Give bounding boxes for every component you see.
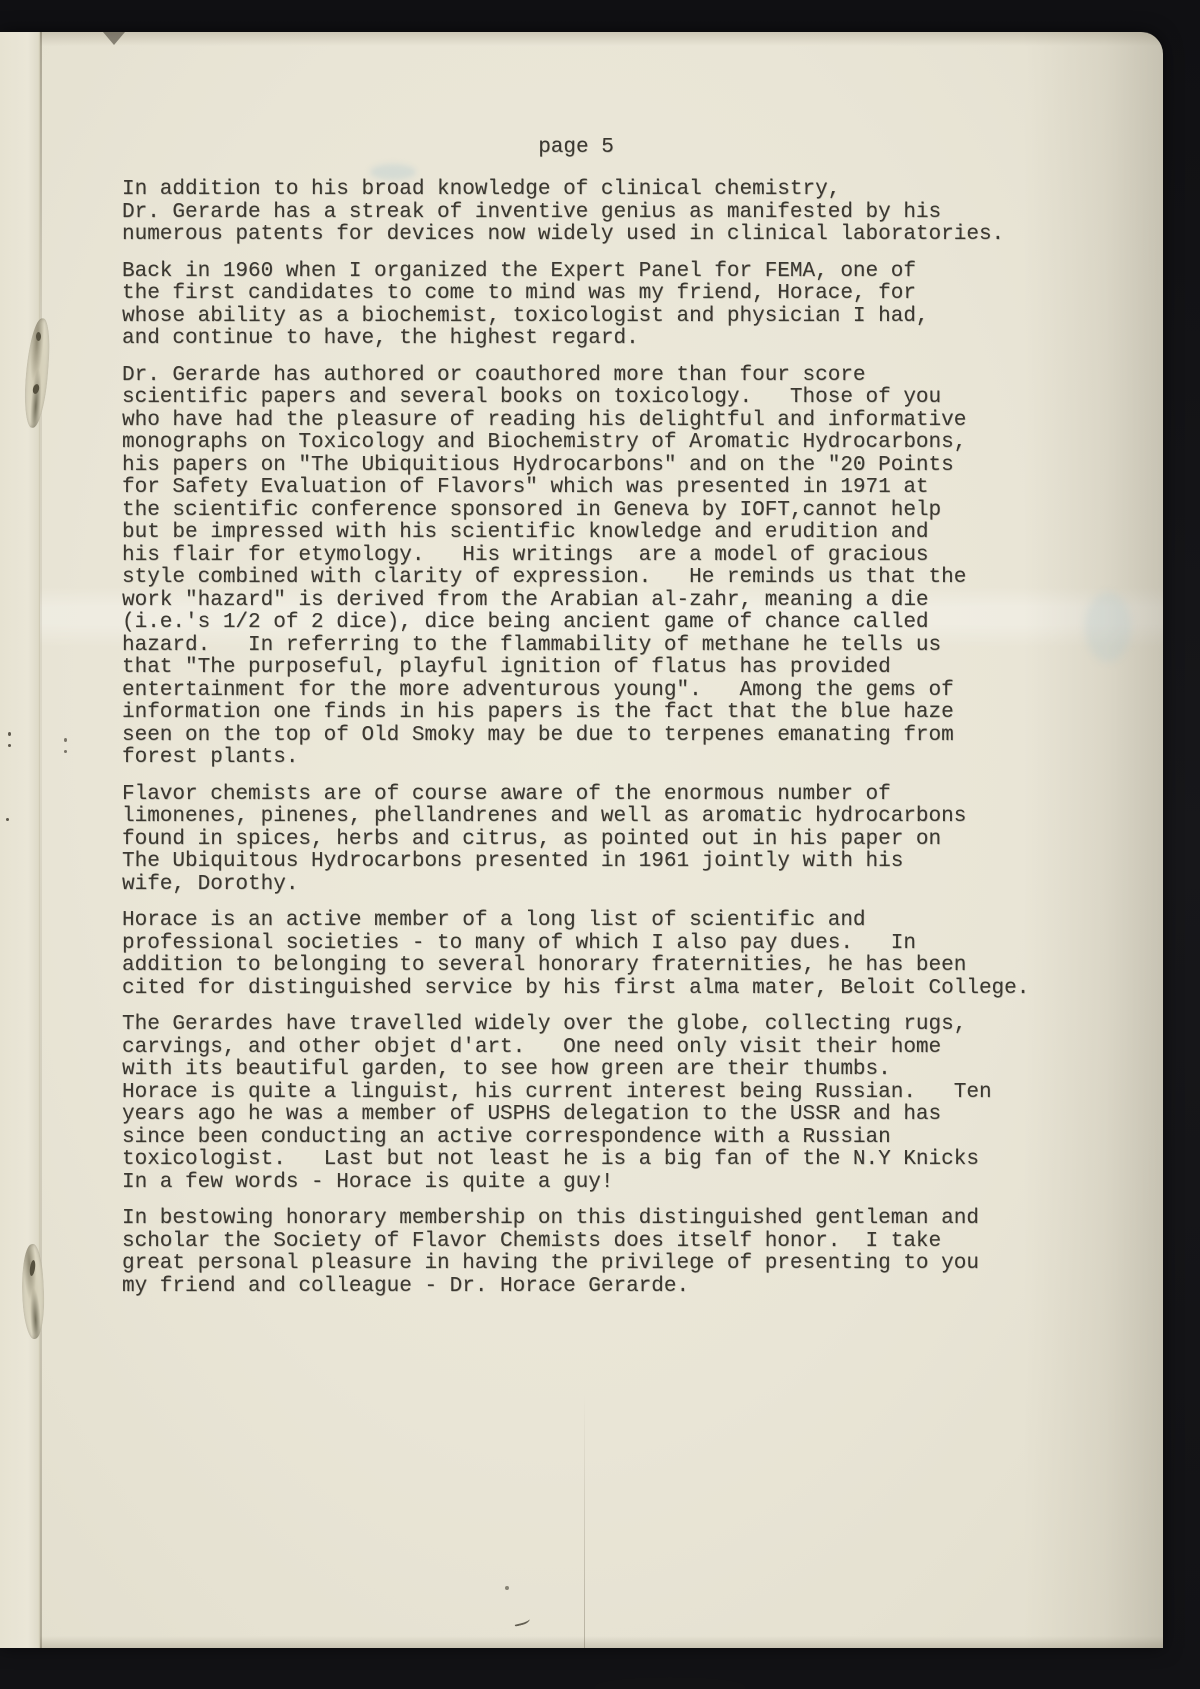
book-spine-shadow — [595, 1677, 745, 1689]
paragraph: Horace is an active member of a long lis… — [122, 910, 1082, 1000]
scanner-smudge — [1085, 592, 1131, 662]
ink-speck — [8, 732, 11, 736]
ink-speck — [8, 744, 11, 747]
text-line: style combined with clarity of expressio… — [122, 567, 1082, 590]
text-line: In a few words - Horace is quite a guy! — [122, 1172, 1082, 1195]
text-line: The Ubiquitous Hydrocarbons presented in… — [122, 851, 1082, 874]
text-line: scholar the Society of Flavor Chemists d… — [122, 1231, 1082, 1254]
ink-speck — [64, 738, 67, 742]
text-line: since been conducting an active correspo… — [122, 1127, 1082, 1150]
underlying-page-edge — [0, 32, 40, 1648]
text-line: numerous patents for devices now widely … — [122, 224, 1082, 247]
text-line: hazard. In referring to the flammability… — [122, 635, 1082, 658]
text-line: but be impressed with his scientific kno… — [122, 522, 1082, 545]
ink-speck — [505, 1586, 509, 1590]
document-body: In addition to his broad knowledge of cl… — [122, 179, 1082, 1298]
text-line: Horace is an active member of a long lis… — [122, 910, 1082, 933]
text-line: limonenes, pinenes, phellandrenes and we… — [122, 806, 1082, 829]
scanned-page-photo: page 5 In addition to his broad knowledg… — [0, 0, 1200, 1689]
text-line: In addition to his broad knowledge of cl… — [122, 179, 1082, 202]
text-line: entertainment for the more adventurous y… — [122, 680, 1082, 703]
text-line: his flair for etymology. His writings ar… — [122, 545, 1082, 568]
paragraph: In addition to his broad knowledge of cl… — [122, 179, 1082, 247]
ink-speck — [6, 818, 9, 821]
paragraph: Back in 1960 when I organized the Expert… — [122, 261, 1082, 351]
text-line: Back in 1960 when I organized the Expert… — [122, 261, 1082, 284]
ink-speck — [64, 750, 67, 753]
text-line: cited for distinguished service by his f… — [122, 978, 1082, 1001]
text-line: found in spices, herbs and citrus, as po… — [122, 829, 1082, 852]
bottom-crease — [584, 1393, 585, 1648]
text-line: addition to belonging to several honorar… — [122, 955, 1082, 978]
fold-crease — [40, 32, 42, 1648]
text-line: the scientific conference sponsored in G… — [122, 500, 1082, 523]
text-line: Dr. Gerarde has authored or coauthored m… — [122, 365, 1082, 388]
text-line: whose ability as a biochemist, toxicolog… — [122, 306, 1082, 329]
text-line: the first candidates to come to mind was… — [122, 283, 1082, 306]
text-line: Horace is quite a linguist, his current … — [122, 1082, 1082, 1105]
text-line: with its beautiful garden, to see how gr… — [122, 1059, 1082, 1082]
text-line: work "hazard" is derived from the Arabia… — [122, 590, 1082, 613]
top-fold-notch — [103, 32, 125, 45]
pencil-check-mark — [513, 1616, 530, 1627]
text-line: that "The purposeful, playful ignition o… — [122, 657, 1082, 680]
paragraph: In bestowing honorary membership on this… — [122, 1208, 1082, 1298]
text-line: The Gerardes have travelled widely over … — [122, 1014, 1082, 1037]
text-line: carvings, and other objet d'art. One nee… — [122, 1037, 1082, 1060]
paragraph: Dr. Gerarde has authored or coauthored m… — [122, 365, 1082, 770]
paragraph: Flavor chemists are of course aware of t… — [122, 784, 1082, 897]
text-line: (i.e.'s 1/2 of 2 dice), dice being ancie… — [122, 612, 1082, 635]
staple-hole — [36, 332, 41, 341]
text-line: who have had the pleasure of reading his… — [122, 410, 1082, 433]
text-line: my friend and colleague - Dr. Horace Ger… — [122, 1276, 1082, 1299]
text-line: monographs on Toxicology and Biochemistr… — [122, 432, 1082, 455]
page-number: page 5 — [122, 136, 1030, 160]
text-line: information one finds in his papers is t… — [122, 702, 1082, 725]
document-page: page 5 In addition to his broad knowledg… — [0, 32, 1163, 1648]
text-line: wife, Dorothy. — [122, 874, 1082, 897]
text-line: years ago he was a member of USPHS deleg… — [122, 1104, 1082, 1127]
paragraph: The Gerardes have travelled widely over … — [122, 1014, 1082, 1194]
text-line: for Safety Evaluation of Flavors" which … — [122, 477, 1082, 500]
text-line: Flavor chemists are of course aware of t… — [122, 784, 1082, 807]
text-line: scientific papers and several books on t… — [122, 387, 1082, 410]
text-line: seen on the top of Old Smoky may be due … — [122, 725, 1082, 748]
text-line: forest plants. — [122, 747, 1082, 770]
text-line: his papers on "The Ubiquitious Hydrocarb… — [122, 455, 1082, 478]
text-line: professional societies - to many of whic… — [122, 933, 1082, 956]
text-line: and continue to have, the highest regard… — [122, 328, 1082, 351]
text-line: toxicologist. Last but not least he is a… — [122, 1149, 1082, 1172]
text-line: Dr. Gerarde has a streak of inventive ge… — [122, 202, 1082, 225]
text-line: great personal pleasure in having the pr… — [122, 1253, 1082, 1276]
text-line: In bestowing honorary membership on this… — [122, 1208, 1082, 1231]
